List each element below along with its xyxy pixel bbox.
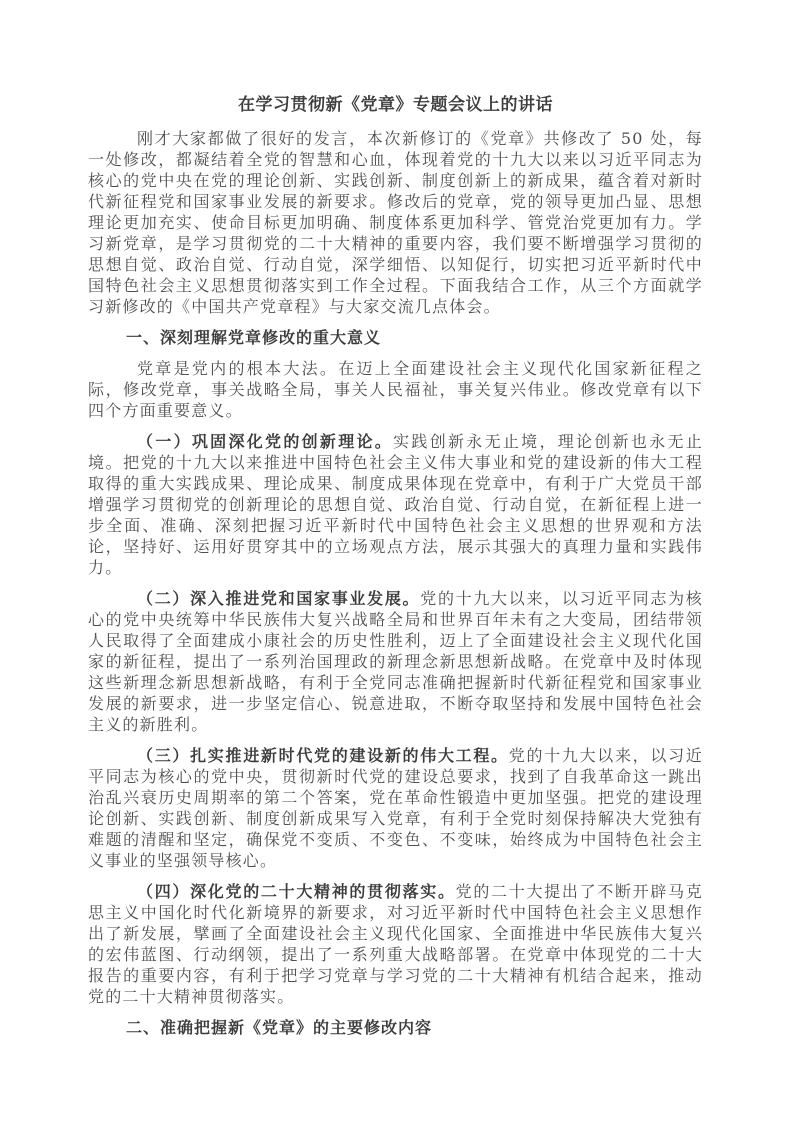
point-1-lead: （一）巩固深化党的创新理论。 — [137, 432, 393, 451]
point-4-paragraph: （四）深化党的二十大精神的贯彻落实。党的二十大提出了不断开辟马克思主义中国化时代… — [88, 881, 703, 1007]
document-title: 在学习贯彻新《党章》专题会议上的讲话 — [88, 94, 703, 116]
point-2-paragraph: （二）深入推进党和国家事业发展。党的十九大以来，以习近平同志为核心的党中央统筹中… — [88, 588, 703, 735]
intro-paragraph: 刚才大家都做了很好的发言，本次新修订的《党章》共修改了 50 处，每一处修改，都… — [88, 128, 703, 317]
section-1-intro-paragraph: 党章是党内的根本大法。在迈上全面建设社会主义现代化国家新征程之际，修改党章，事关… — [88, 358, 703, 421]
point-1-paragraph: （一）巩固深化党的创新理论。实践创新永无止境，理论创新也永无止境。把党的十九大以… — [88, 431, 703, 578]
point-2-lead: （二）深入推进党和国家事业发展。 — [137, 589, 420, 608]
section-1-heading: 一、深刻理解党章修改的重大意义 — [88, 327, 703, 348]
point-2-text: 党的十九大以来，以习近平同志为核心的党中央统筹中华民族伟大复兴战略全局和世界百年… — [88, 589, 703, 734]
point-3-paragraph: （三）扎实推进新时代党的建设新的伟大工程。党的十九大以来，以习近平同志为核心的党… — [88, 745, 703, 871]
document-page: 在学习贯彻新《党章》专题会议上的讲话 刚才大家都做了很好的发言，本次新修订的《党… — [0, 0, 793, 1122]
point-1-text: 实践创新永无止境，理论创新也永无止境。把党的十九大以来推进中国特色社会主义伟大事… — [88, 432, 703, 577]
point-4-lead: （四）深化党的二十大精神的贯彻落实。 — [137, 882, 456, 901]
section-2-heading: 二、准确把握新《党章》的主要修改内容 — [88, 1017, 703, 1038]
point-3-lead: （三）扎实推进新时代党的建设新的伟大工程。 — [137, 746, 509, 765]
